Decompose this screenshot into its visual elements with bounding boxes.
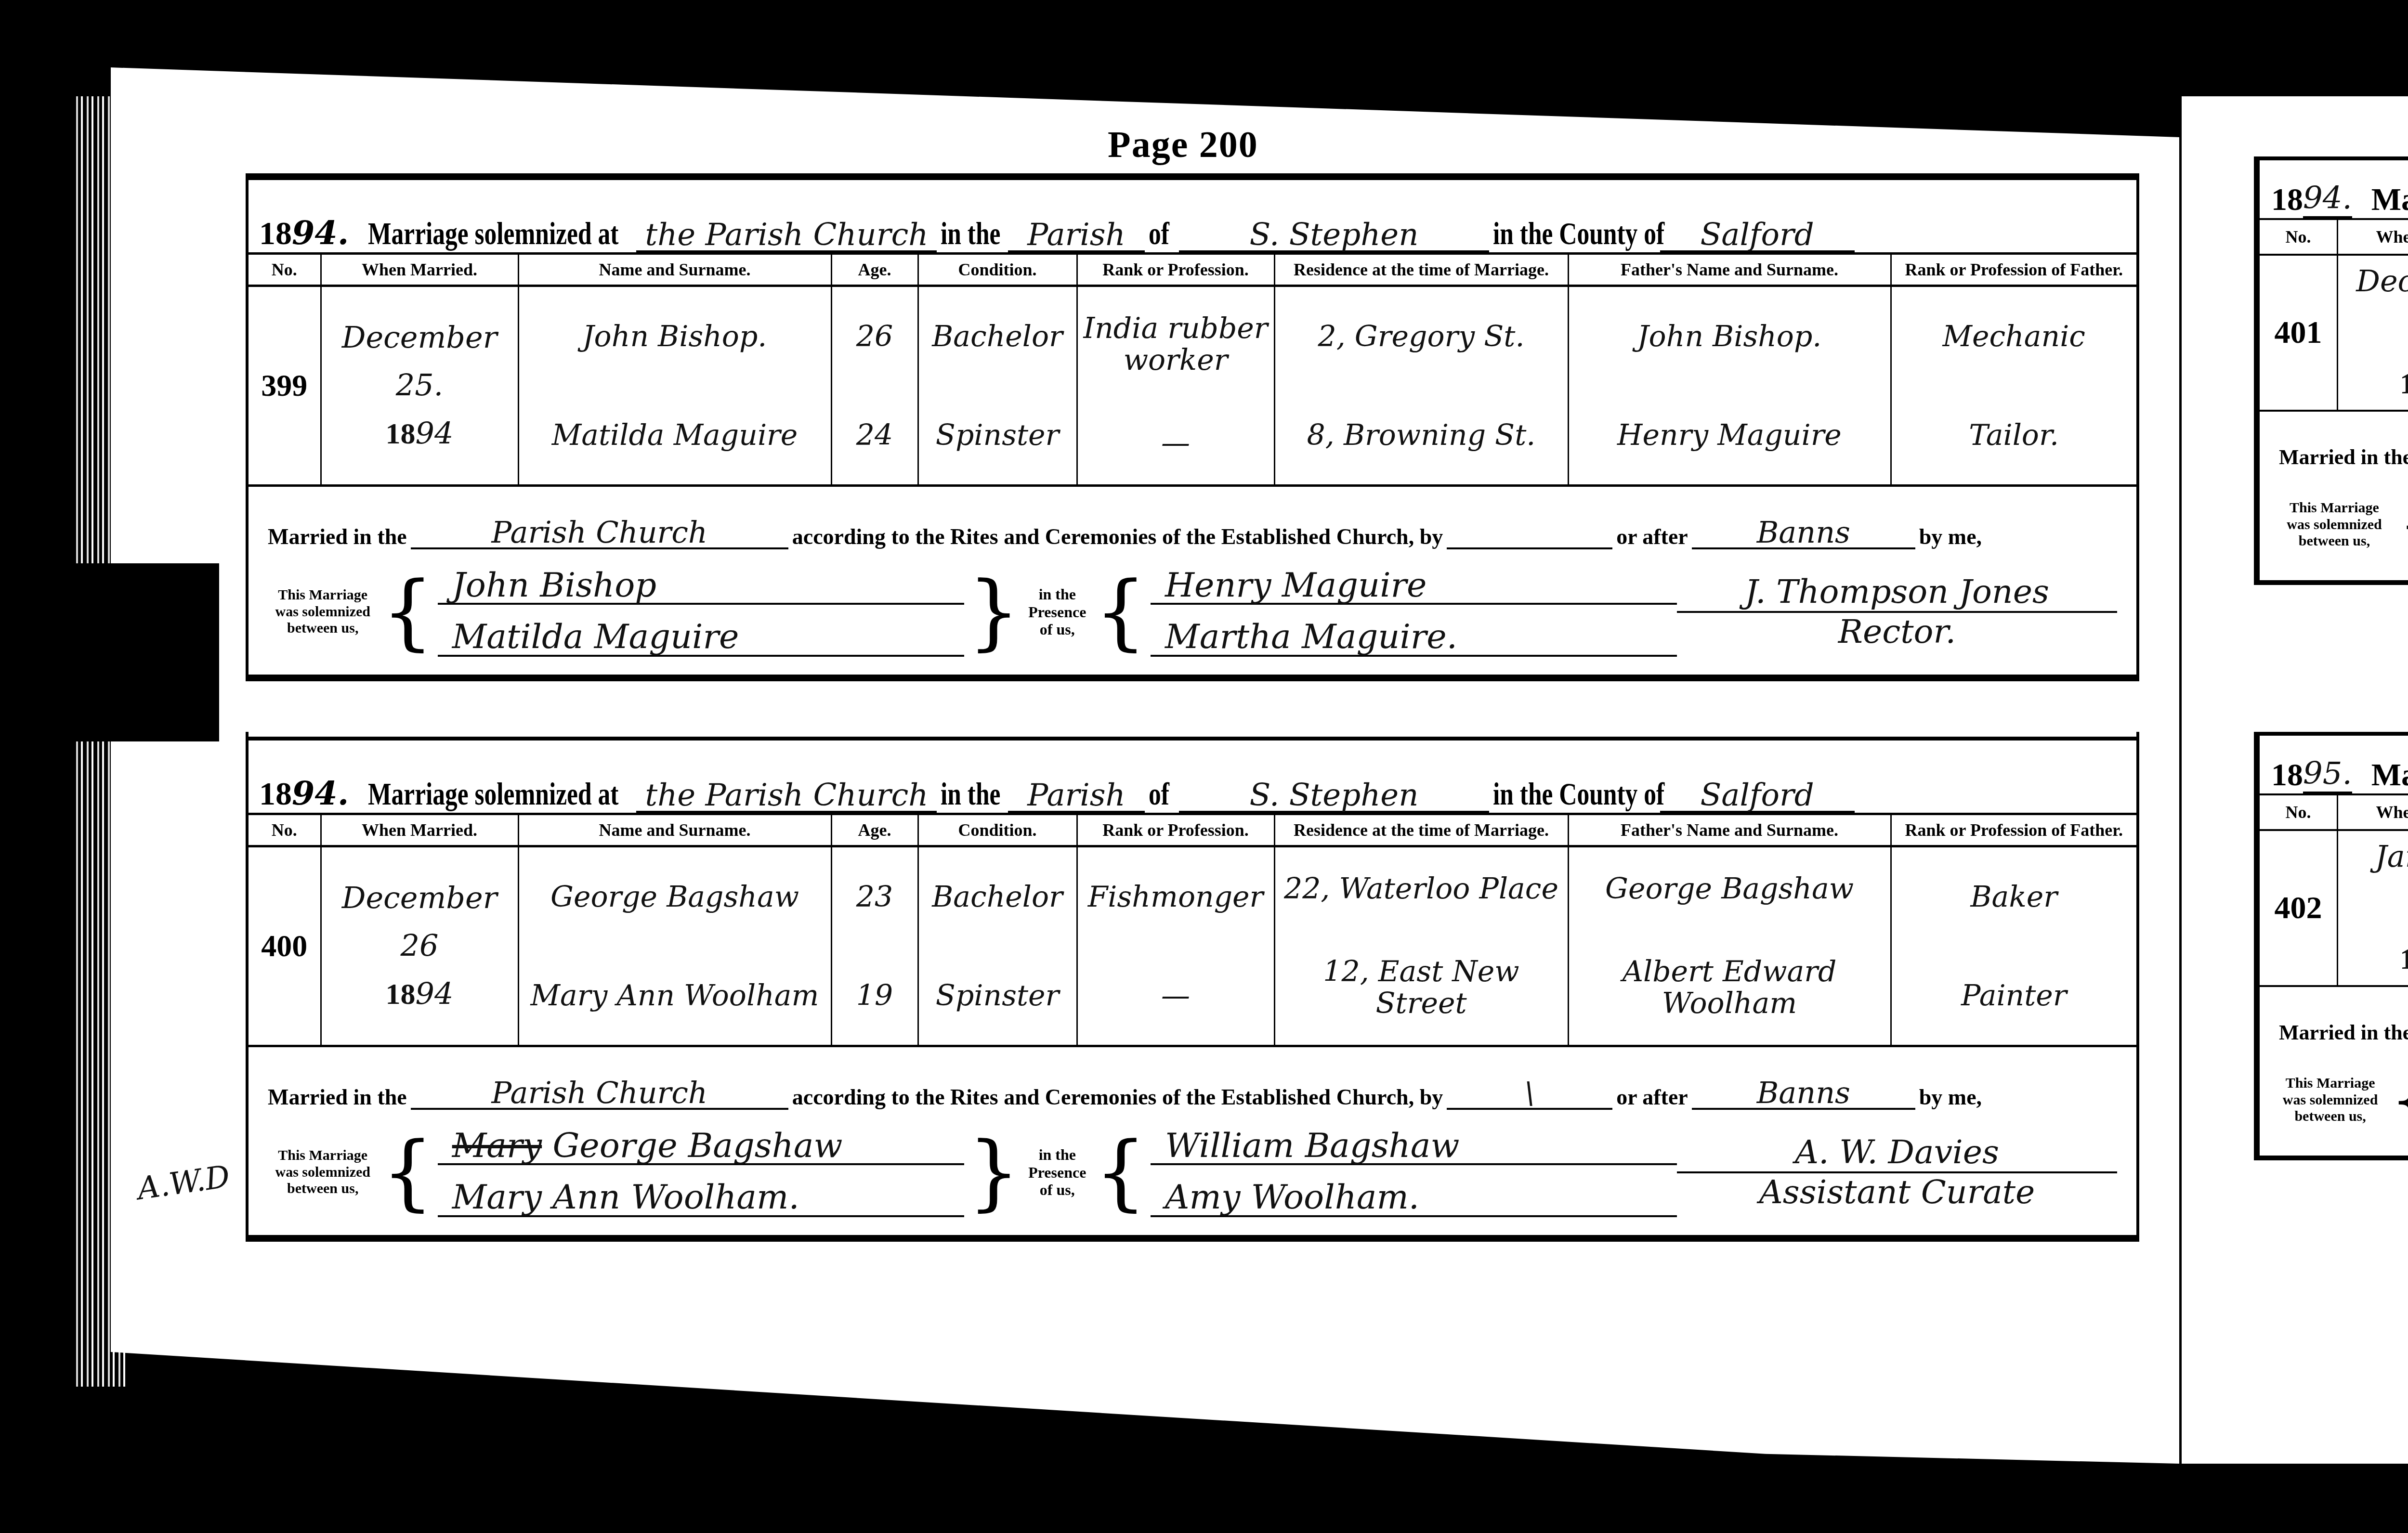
officiant-signature: A. W. Davies xyxy=(1677,1133,2117,1173)
col-father-name: Father's Name and Surname. xyxy=(1568,815,1891,846)
facing-entry-401: 1894. Marriage No.When Married. 401 Dece… xyxy=(2254,156,2408,585)
groom-father-profession: Baker xyxy=(1895,881,2134,913)
entry-table: No. When Married. Name and Surname. Age.… xyxy=(249,255,2136,484)
table-row: 402 January 1 1895 xyxy=(2260,831,2408,987)
licence-field: \ xyxy=(1447,1078,1612,1110)
rule xyxy=(249,675,2136,681)
signature-row: This Marriagewas solemnizedbetween us, {… xyxy=(2260,469,2408,580)
when-married: December 26 1894 xyxy=(2338,256,2408,410)
col-when-married: When Married. xyxy=(321,255,518,286)
county-field: Salford xyxy=(1660,780,1855,813)
col-name: Name and Surname. xyxy=(518,815,831,846)
column-headers: No. When Married. Name and Surname. Age.… xyxy=(249,255,2136,286)
residences: 22, Waterloo Place 12, East New Street xyxy=(1274,846,1568,1045)
entry-number: 399 xyxy=(249,286,321,485)
bride-profession: — xyxy=(1081,427,1271,459)
solemnized-label: This Marriagewas solemnizedbetween us, xyxy=(268,587,378,637)
col-father-name: Father's Name and Surname. xyxy=(1568,255,1891,286)
groom-condition: Bachelor xyxy=(922,881,1073,913)
entry-number: 400 xyxy=(249,846,321,1045)
solemnized-label: This Marriagewas solemnizedbetween us, xyxy=(268,1147,378,1197)
col-no: No. xyxy=(249,815,321,846)
when-married: December 25. 1894 xyxy=(321,286,518,485)
signature-row: This Marriagewas solemnizedbetween us, {… xyxy=(249,549,2136,675)
groom-residence: 22, Waterloo Place xyxy=(1278,873,1565,905)
groom-father: John Bishop. xyxy=(1572,321,1887,352)
signature-row: This Marriagewas solemnizedbetween us, {… xyxy=(2260,1045,2408,1156)
bride-profession: — xyxy=(1081,980,1271,1012)
bride-residence: 8, Browning St. xyxy=(1278,419,1565,451)
groom-condition: Bachelor xyxy=(922,321,1073,352)
parish-field: S. Stephen xyxy=(1179,780,1489,813)
brace-icon: { xyxy=(1095,1131,1147,1213)
col-age: Age. xyxy=(831,815,918,846)
column-headers: No.When Married. xyxy=(2260,795,2408,831)
bride-father: Albert Edward Woolham xyxy=(1572,956,1887,1019)
rule xyxy=(249,173,2136,180)
presence-label: in thePresenceof us, xyxy=(1024,585,1091,638)
bride-father-profession: Painter xyxy=(1895,980,2134,1012)
district-type-field: Parish xyxy=(1008,220,1145,252)
groom-age: 26 xyxy=(835,321,915,352)
entry-year: 1894. xyxy=(259,214,349,252)
groom-profession: Fishmonger xyxy=(1081,881,1271,913)
groom-residence: 2, Gregory St. xyxy=(1278,321,1565,352)
col-father-profession: Rank or Profession of Father. xyxy=(1891,815,2136,846)
table-row: 401 December 26 1894 xyxy=(2260,256,2408,412)
married-in-field: Parish Church xyxy=(411,1078,788,1110)
entry-number: 402 xyxy=(2260,831,2338,985)
banns-field: Banns xyxy=(1692,518,1915,549)
fathers: John Bishop. Henry Maguire xyxy=(1568,286,1891,485)
bride-condition: Spinster xyxy=(922,419,1073,451)
father-professions: Mechanic Tailor. xyxy=(1891,286,2136,485)
officiant-title: Rector. xyxy=(1677,613,2117,651)
bride-residence: 12, East New Street xyxy=(1278,956,1565,1019)
col-condition: Condition. xyxy=(918,255,1077,286)
table-row: 399 December 25. 1894 John Bishop. Matil… xyxy=(249,286,2136,485)
bride-name: Mary Ann Woolham xyxy=(522,980,828,1012)
entry-table: No. When Married. Name and Surname. Age.… xyxy=(249,815,2136,1045)
couple-signatures: John Bishop Matilda Maguire xyxy=(438,568,964,657)
banns-field: Banns xyxy=(1692,1078,1915,1110)
county-field: Salford xyxy=(1660,220,1855,252)
residences: 2, Gregory St. 8, Browning St. xyxy=(1274,286,1568,485)
married-in-line: Married in the Parish Church according t… xyxy=(249,1045,2136,1110)
place-field: the Parish Church xyxy=(636,220,937,252)
groom-name: John Bishop. xyxy=(522,321,828,352)
father-professions: Baker Painter xyxy=(1891,846,2136,1045)
married-in-line: Married in the Parish Church according t… xyxy=(249,484,2136,549)
col-when-married: When Married. xyxy=(321,815,518,846)
col-condition: Condition. xyxy=(918,815,1077,846)
married-in-field: Parish Church xyxy=(411,518,788,549)
bride-father-profession: Tailor. xyxy=(1895,419,2134,451)
when-married: December 26 1894 xyxy=(321,846,518,1045)
col-no: No. xyxy=(249,255,321,286)
bride-signature: Matilda Maguire xyxy=(438,619,964,657)
col-name: Name and Surname. xyxy=(518,255,831,286)
professions: India rubber worker — xyxy=(1077,286,1274,485)
ages: 26 24 xyxy=(831,286,918,485)
groom-signature: John Bishop xyxy=(438,568,964,605)
entry-number: 401 xyxy=(2260,256,2338,410)
brace-icon: } xyxy=(968,571,1020,653)
witness-signatures: William Bagshaw Amy Woolham. xyxy=(1151,1128,1677,1217)
ages: 23 19 xyxy=(831,846,918,1045)
register-entry-399: 1894. Marriage solemnized at the Parish … xyxy=(246,173,2139,681)
bride-father: Henry Maguire xyxy=(1572,419,1887,451)
entry-heading: 1894. Marriage solemnized at the Parish … xyxy=(249,180,2136,255)
signature-row: This Marriagewas solemnizedbetween us, {… xyxy=(249,1110,2136,1235)
witness-1: Henry Maguire xyxy=(1151,568,1677,605)
facing-entry-402: 1895. Marriage No.When Married. 402 Janu… xyxy=(2254,732,2408,1160)
place-field: the Parish Church xyxy=(636,780,937,813)
presence-label: in thePresenceof us, xyxy=(1024,1146,1091,1199)
brace-icon: { xyxy=(2398,491,2408,559)
officiant: J. Thompson Jones Rector. xyxy=(1677,573,2117,651)
col-profession: Rank or Profession. xyxy=(1077,815,1274,846)
register-entry-400: 1894. Marriage solemnized at the Parish … xyxy=(246,732,2139,1242)
witness-1: William Bagshaw xyxy=(1151,1128,1677,1166)
witness-signatures: Henry Maguire Martha Maguire. xyxy=(1151,568,1677,657)
entry-year: 1894. xyxy=(259,774,349,813)
black-tab xyxy=(0,563,219,741)
bride-signature: Mary Ann Woolham. xyxy=(438,1180,964,1217)
table-row: 400 December 26 1894 George Bagshaw Mary… xyxy=(249,846,2136,1045)
brace-icon: { xyxy=(1095,571,1147,653)
col-residence: Residence at the time of Marriage. xyxy=(1274,815,1568,846)
page-number: Page 200 xyxy=(1108,123,1258,166)
groom-name: George Bagshaw xyxy=(522,881,828,913)
professions: Fishmonger — xyxy=(1077,846,1274,1045)
bride-age: 24 xyxy=(835,419,915,451)
fathers: George Bagshaw Albert Edward Woolham xyxy=(1568,846,1891,1045)
witness-2: Amy Woolham. xyxy=(1151,1180,1677,1217)
groom-age: 23 xyxy=(835,881,915,913)
groom-signature: Mary George Bagshaw xyxy=(438,1128,964,1166)
brace-icon: { xyxy=(2390,1066,2408,1134)
column-headers: No. When Married. Name and Surname. Age.… xyxy=(249,815,2136,846)
rule xyxy=(249,737,2136,741)
col-profession: Rank or Profession. xyxy=(1077,255,1274,286)
witness-2: Martha Maguire. xyxy=(1151,619,1677,657)
brace-icon: { xyxy=(382,1131,434,1213)
district-type-field: Parish xyxy=(1008,780,1145,813)
brace-icon: { xyxy=(382,571,434,653)
column-headers: No.When Married. xyxy=(2260,220,2408,256)
names: George Bagshaw Mary Ann Woolham xyxy=(518,846,831,1045)
parish-field: S. Stephen xyxy=(1179,220,1489,252)
when-married: January 1 1895 xyxy=(2338,831,2408,985)
entry-heading: 1894. Marriage xyxy=(2260,160,2408,220)
col-father-profession: Rank or Profession of Father. xyxy=(1891,255,2136,286)
officiant-title: Assistant Curate xyxy=(1677,1173,2117,1211)
licence-field xyxy=(1447,547,1612,549)
struck-word: Mary xyxy=(452,1126,542,1165)
groom-profession: India rubber worker xyxy=(1081,312,1271,376)
entry-heading: 1894. Marriage solemnized at the Parish … xyxy=(249,741,2136,815)
officiant: A. W. Davies Assistant Curate xyxy=(1677,1133,2117,1211)
conditions: Bachelor Spinster xyxy=(918,286,1077,485)
married-in-line: Married in the Pa xyxy=(2260,412,2408,469)
bride-condition: Spinster xyxy=(922,980,1073,1012)
names: John Bishop. Matilda Maguire xyxy=(518,286,831,485)
col-residence: Residence at the time of Marriage. xyxy=(1274,255,1568,286)
brace-icon: } xyxy=(968,1131,1020,1213)
conditions: Bachelor Spinster xyxy=(918,846,1077,1045)
rule xyxy=(249,1235,2136,1242)
col-age: Age. xyxy=(831,255,918,286)
couple-signatures: Mary George Bagshaw Mary Ann Woolham. xyxy=(438,1128,964,1217)
entry-heading: 1895. Marriage xyxy=(2260,736,2408,795)
bride-age: 19 xyxy=(835,980,915,1012)
officiant-signature: J. Thompson Jones xyxy=(1677,573,2117,613)
married-in-line: Married in the Par xyxy=(2260,987,2408,1045)
bride-name: Matilda Maguire xyxy=(522,419,828,451)
groom-father: George Bagshaw xyxy=(1572,873,1887,905)
groom-father-profession: Mechanic xyxy=(1895,321,2134,352)
